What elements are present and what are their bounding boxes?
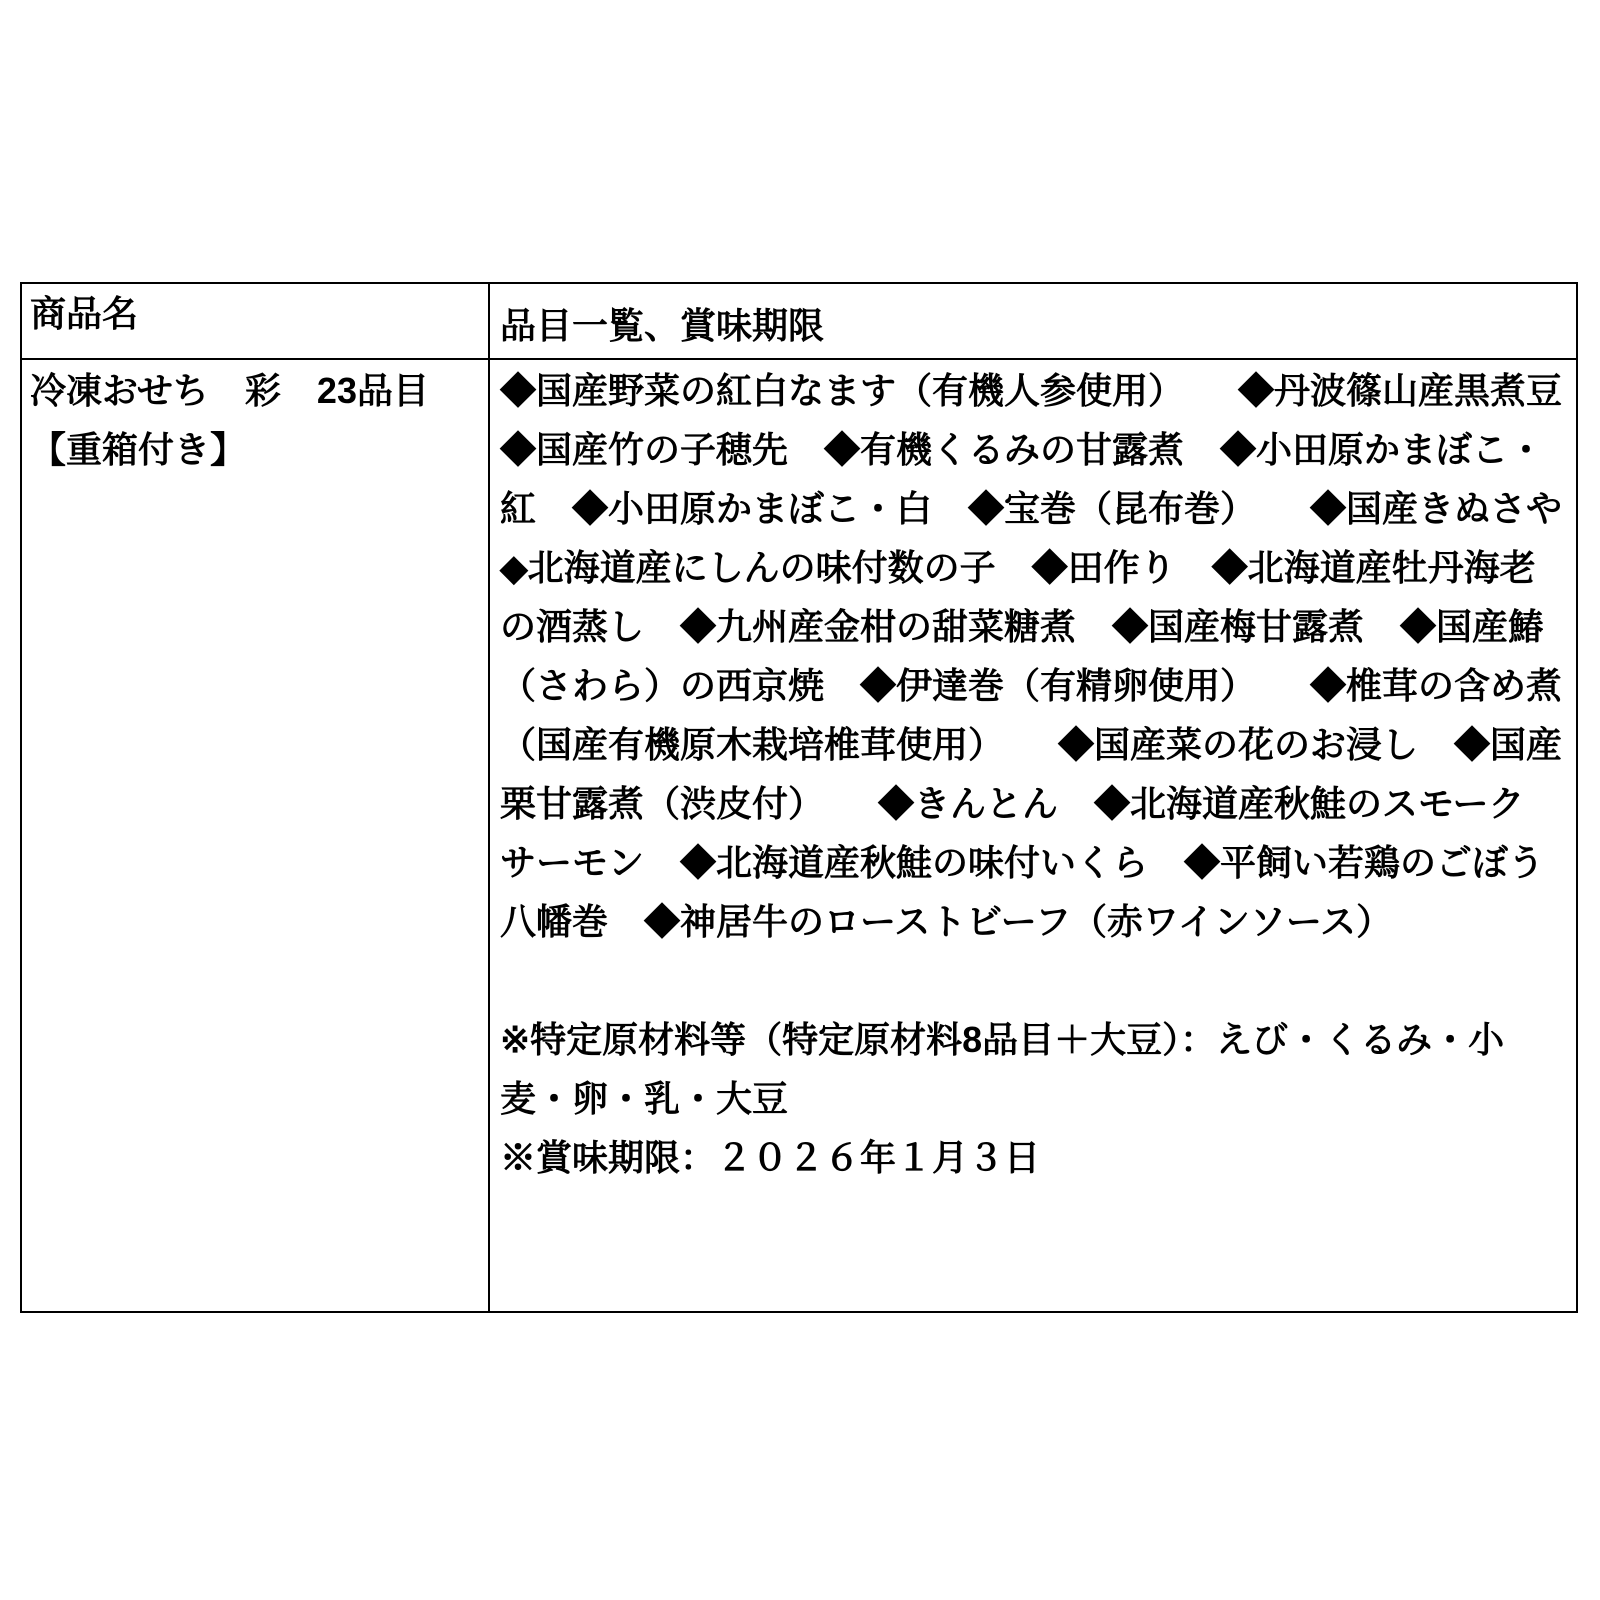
header-cell-item-list: 品目一覧、賞味期限	[490, 284, 1576, 358]
cell-product-name: 冷凍おせち 彩 23品目 【重箱付き】	[22, 360, 490, 1311]
item-details-text: ◆国産野菜の紅白なます（有機人参使用） ◆丹波篠山産黒煮豆 ◆国産竹の子穂先 ◆…	[490, 360, 1576, 1187]
product-spec-table: 商品名 品目一覧、賞味期限 冷凍おせち 彩 23品目 【重箱付き】 ◆国産野菜の…	[20, 282, 1578, 1313]
header-label-item-list: 品目一覧、賞味期限	[490, 284, 1576, 355]
header-label-product-name: 商品名	[22, 284, 488, 343]
table-body-row: 冷凍おせち 彩 23品目 【重箱付き】 ◆国産野菜の紅白なます（有機人参使用） …	[22, 360, 1576, 1311]
product-name-text: 冷凍おせち 彩 23品目 【重箱付き】	[22, 360, 488, 479]
header-cell-product-name: 商品名	[22, 284, 490, 358]
table-header-row: 商品名 品目一覧、賞味期限	[22, 284, 1576, 360]
cell-item-details: ◆国産野菜の紅白なます（有機人参使用） ◆丹波篠山産黒煮豆 ◆国産竹の子穂先 ◆…	[490, 360, 1576, 1311]
